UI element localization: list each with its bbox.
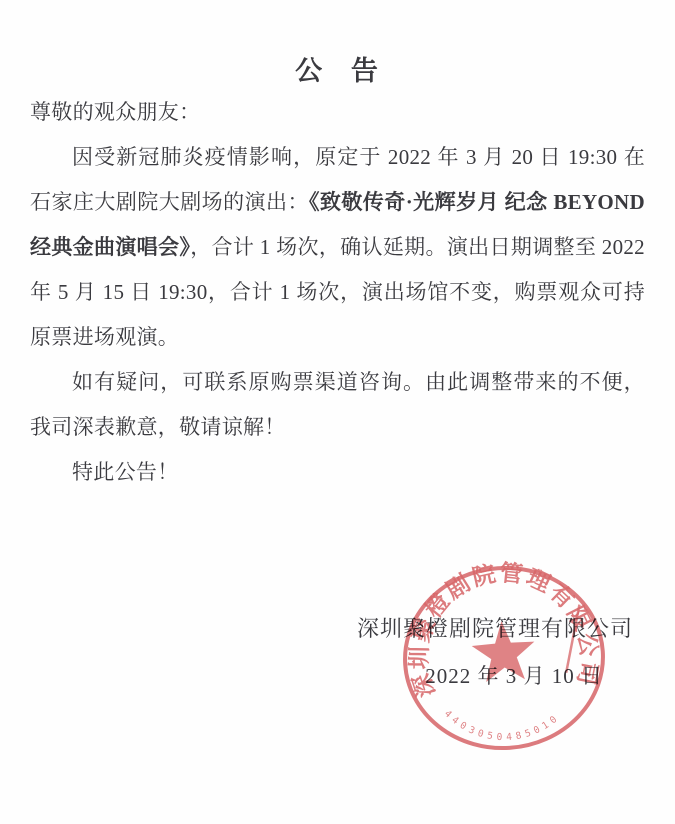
company-seal: 深圳聚橙剧院管理有限公司 4403050485010 bbox=[381, 535, 626, 780]
seal-graphic: 深圳聚橙剧院管理有限公司 4403050485010 bbox=[381, 535, 626, 780]
announcement-page: 公 告 尊敬的观众朋友： 因受新冠肺炎疫情影响，原定于 2022 年 3 月 2… bbox=[0, 0, 675, 824]
greeting-line: 尊敬的观众朋友： bbox=[30, 90, 645, 135]
signature-company: 深圳聚橙剧院管理有限公司 bbox=[357, 612, 633, 643]
svg-text:4403050485010: 4403050485010 bbox=[441, 701, 563, 748]
closing-line: 特此公告！ bbox=[30, 450, 645, 495]
page-title: 公 告 bbox=[0, 0, 675, 90]
signature-date: 2022 年 3 月 10 日 bbox=[425, 660, 603, 690]
seal-ring bbox=[399, 561, 609, 754]
paragraph-2: 如有疑问，可联系原购票渠道咨询。由此调整带来的不便，我司深表歉意，敬请谅解！ bbox=[30, 360, 645, 450]
paragraph-1: 因受新冠肺炎疫情影响，原定于 2022 年 3 月 20 日 19:30 在石家… bbox=[30, 135, 645, 360]
seal-serial-number: 4403050485010 bbox=[441, 701, 563, 748]
document-body: 尊敬的观众朋友： 因受新冠肺炎疫情影响，原定于 2022 年 3 月 20 日 … bbox=[30, 90, 645, 495]
